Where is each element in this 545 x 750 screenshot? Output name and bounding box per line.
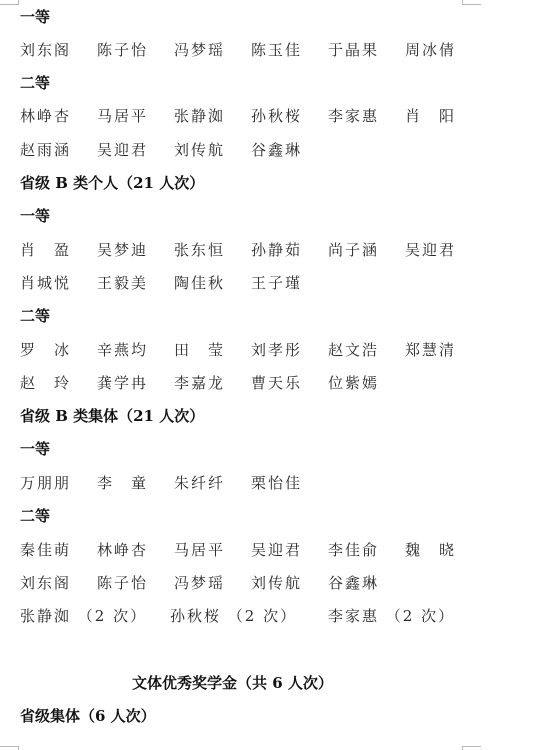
student-name: 谷鑫琳: [251, 140, 328, 160]
student-name: 王子瑾: [251, 273, 328, 293]
student-name: 郑慧清: [405, 340, 482, 360]
student-name: 张静洳: [174, 106, 251, 126]
student-name-with-count: 孙秋桜 （2 次）: [170, 606, 328, 626]
student-name: 吴迎君: [405, 240, 482, 260]
student-name: 孙秋桜: [251, 106, 328, 126]
student-name: 冯梦瑶: [174, 40, 251, 60]
student-name: 陈子怡: [97, 573, 174, 593]
student-name: 肖城悦: [20, 273, 97, 293]
student-name: 陈玉佳: [251, 40, 328, 60]
name-row: 赵 玲 龚学冉 李嘉龙 曹天乐 位紫嫣: [20, 373, 405, 393]
student-name: 李嘉龙: [174, 373, 251, 393]
student-name: 尚子涵: [328, 240, 405, 260]
page-corner-mark-bottom-left: [0, 746, 19, 750]
grade-heading: 一等: [20, 439, 50, 459]
student-name: 朱纤纤: [174, 473, 251, 493]
name-row: 肖 盈 吴梦迪 张东恒 孙静茹 尚子涵 吴迎君: [20, 240, 482, 260]
student-name: 赵文浩: [328, 340, 405, 360]
student-name: 吴迎君: [97, 140, 174, 160]
student-name: 肖 盈: [20, 240, 97, 260]
student-name: 孙静茹: [251, 240, 328, 260]
student-name: 刘东阁: [20, 40, 97, 60]
name-row: 罗 冰 辛燕均 田 莹 刘孝彤 赵文浩 郑慧清: [20, 340, 482, 360]
student-name: 陶佳秋: [174, 273, 251, 293]
grade-heading: 一等: [20, 7, 50, 27]
student-name: 万朋朋: [20, 473, 97, 493]
student-name: 栗怡佳: [251, 473, 328, 493]
student-name: 魏 晓: [405, 540, 482, 560]
grade-heading: 一等: [20, 206, 50, 226]
section-heading: 省级集体（6 人次）: [20, 706, 156, 726]
grade-heading: 二等: [20, 506, 50, 526]
student-name: 吴梦迪: [97, 240, 174, 260]
name-row: 赵雨涵 吴迎君 刘传航 谷鑫琳: [20, 140, 328, 160]
name-row-multi: 张静洳 （2 次） 孙秋桜 （2 次） 李家惠 （2 次）: [20, 606, 478, 626]
name-row: 刘东阁 陈子怡 冯梦瑶 陈玉佳 于晶果 周冰倩: [20, 40, 482, 60]
page-corner-mark-top-right: [462, 0, 481, 5]
student-name: 李佳俞: [328, 540, 405, 560]
student-name: 王毅美: [97, 273, 174, 293]
student-name: 刘传航: [174, 140, 251, 160]
student-name: 刘传航: [251, 573, 328, 593]
student-name-with-count: 李家惠 （2 次）: [328, 606, 478, 626]
student-name: 辛燕均: [97, 340, 174, 360]
student-name: 张东恒: [174, 240, 251, 260]
student-name: 马居平: [174, 540, 251, 560]
name-row: 秦佳萌 林峥杏 马居平 吴迎君 李佳俞 魏 晓: [20, 540, 482, 560]
section-heading: 省级 B 类个人（21 人次）: [20, 173, 204, 193]
student-name: 马居平: [97, 106, 174, 126]
student-name: 位紫嫣: [328, 373, 405, 393]
student-name: 冯梦瑶: [174, 573, 251, 593]
scholarship-title: 文体优秀奖学金（共 6 人次）: [0, 673, 465, 693]
student-name: 秦佳萌: [20, 540, 97, 560]
student-name: 赵 玲: [20, 373, 97, 393]
page-corner-mark-top-left: [0, 0, 19, 5]
student-name: 于晶果: [328, 40, 405, 60]
student-name: 田 莹: [174, 340, 251, 360]
student-name: 罗 冰: [20, 340, 97, 360]
name-row: 刘东阁 陈子怡 冯梦瑶 刘传航 谷鑫琳: [20, 573, 405, 593]
name-row: 林峥杏 马居平 张静洳 孙秋桜 李家惠 肖 阳: [20, 106, 482, 126]
student-name: 刘孝彤: [251, 340, 328, 360]
name-row: 肖城悦 王毅美 陶佳秋 王子瑾: [20, 273, 328, 293]
student-name: 吴迎君: [251, 540, 328, 560]
section-heading: 省级 B 类集体（21 人次）: [20, 406, 204, 426]
page-corner-mark-bottom-right: [462, 746, 481, 750]
student-name: 林峥杏: [97, 540, 174, 560]
name-row: 万朋朋 李 童 朱纤纤 栗怡佳: [20, 473, 328, 493]
grade-heading: 二等: [20, 73, 50, 93]
student-name: 赵雨涵: [20, 140, 97, 160]
grade-heading: 二等: [20, 306, 50, 326]
student-name: 周冰倩: [405, 40, 482, 60]
student-name: 刘东阁: [20, 573, 97, 593]
student-name: 肖 阳: [405, 106, 482, 126]
student-name: 龚学冉: [97, 373, 174, 393]
student-name: 谷鑫琳: [328, 573, 405, 593]
student-name: 陈子怡: [97, 40, 174, 60]
student-name-with-count: 张静洳 （2 次）: [20, 606, 170, 626]
student-name: 李 童: [97, 473, 174, 493]
student-name: 李家惠: [328, 106, 405, 126]
student-name: 曹天乐: [251, 373, 328, 393]
student-name: 林峥杏: [20, 106, 97, 126]
